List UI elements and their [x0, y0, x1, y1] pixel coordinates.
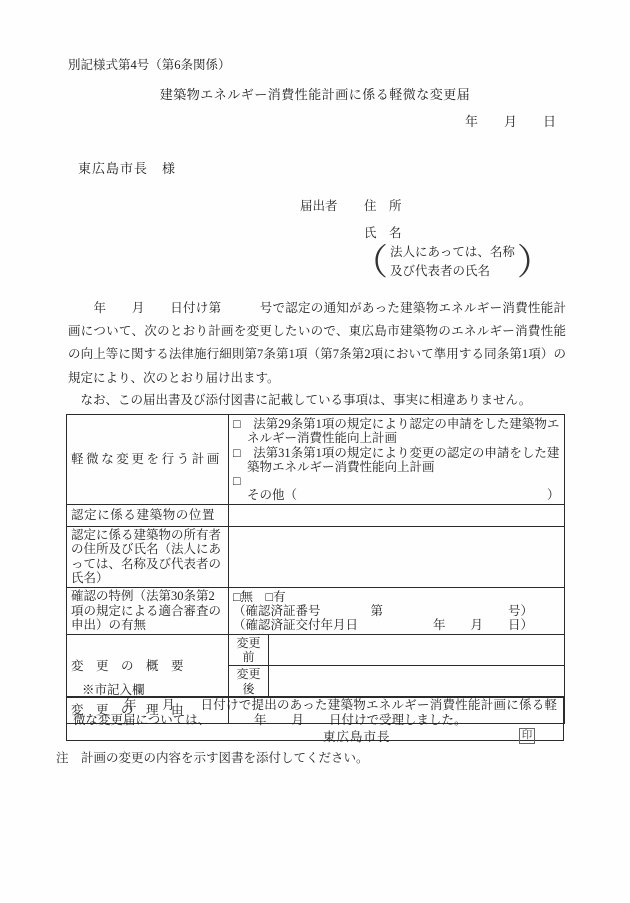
- confirmation-checkboxes[interactable]: □無 □有: [233, 590, 560, 604]
- mayor-name: 東広島市長: [323, 727, 391, 745]
- table-row: 認定に係る建築物の所有者の住所及び氏名（法人にあっては、名称及び代表者の氏名）: [67, 526, 565, 587]
- before-change-label: 変更前: [229, 634, 269, 666]
- option-other-text: その他（ ）: [247, 488, 560, 502]
- applicant-block: 届出者 住 所 氏 名 （ 法人にあっては、名称 及び代表者の氏名 ）: [300, 196, 553, 282]
- minor-change-plan-label: 軽微な変更を行う計画: [67, 415, 229, 505]
- option-law31-text: 法第31条第1項の規定により変更の認定の申請をした建築物エネルギー消費性能向上計…: [247, 446, 559, 474]
- option-law29-text: 法第29条第1項の規定により認定の申請をした建築物エネルギー消費性能向上計画: [247, 417, 559, 445]
- after-change-label: 変更後: [229, 666, 269, 698]
- seal-icon: 印: [519, 728, 535, 744]
- checkbox-law29-icon[interactable]: □: [233, 417, 241, 431]
- addressee: 東広島市長 様: [78, 158, 176, 177]
- attachment-note: 注 計画の変更の内容を示す図書を添付してください。: [56, 748, 369, 766]
- table-row: 認定に係る建築物の位置: [67, 504, 565, 526]
- confirmation-cert-number: （確認済証番号 第 号）: [233, 604, 560, 618]
- building-location-field[interactable]: [229, 504, 565, 526]
- declaration-text: なお、この届出書及び添付図書に記載している事項は、事実に相違ありません。: [68, 390, 531, 408]
- form-page: 別記様式第4号（第6条関係） 建築物エネルギー消費性能計画に係る軽微な変更届 年…: [0, 0, 630, 903]
- table-row: 軽微な変更を行う計画 □ 法第29条第1項の規定により認定の申請をした建築物エネ…: [67, 415, 565, 505]
- confirmation-special-label: 確認の特例（法第30条第2項の規定による適合審査の申出）の有無: [67, 587, 229, 634]
- main-paragraph: 年 月 日付け第 号で認定の通知があった建築物エネルギー消費性能計画について、次…: [68, 297, 566, 390]
- corporate-note-line2: 及び代表者の氏名: [390, 264, 490, 278]
- before-change-field[interactable]: [269, 634, 565, 666]
- form-number: 別記様式第4号（第6条関係）: [68, 55, 231, 73]
- table-row: 確認の特例（法第30条第2項の規定による適合審査の申出）の有無 □無 □有 （確…: [67, 587, 565, 634]
- option-law31: □ 法第31条第1項の規定により変更の認定の申請をした建築物エネルギー消費性能向…: [233, 446, 560, 475]
- corporate-note-line1: 法人にあっては、名称: [390, 245, 515, 259]
- confirmation-cert-date: （確認済証交付年月日 年 月 日）: [233, 618, 560, 632]
- building-owner-label: 認定に係る建築物の所有者の住所及び氏名（法人にあっては、名称及び代表者の氏名）: [67, 526, 229, 587]
- date-line: 年 月 日: [465, 111, 556, 130]
- checkbox-law31-icon[interactable]: □: [233, 446, 241, 460]
- applicant-label: 届出者: [300, 196, 364, 214]
- close-paren-icon: ）: [517, 242, 553, 282]
- option-law29: □ 法第29条第1項の規定により認定の申請をした建築物エネルギー消費性能向上計画: [233, 417, 560, 446]
- option-other: □ その他（ ）: [233, 474, 560, 503]
- building-location-label: 認定に係る建築物の位置: [67, 504, 229, 526]
- building-owner-field[interactable]: [229, 526, 565, 587]
- page-title: 建築物エネルギー消費性能計画に係る軽微な変更届: [0, 84, 630, 103]
- checkbox-other-icon[interactable]: □: [233, 474, 241, 488]
- city-receipt-box: 年 月 日付けで提出のあった建築物エネルギー消費性能計画に係る軽微な変更届につい…: [66, 696, 564, 741]
- open-paren-icon: （: [352, 242, 388, 282]
- after-change-field[interactable]: [269, 666, 565, 698]
- corporate-note: （ 法人にあっては、名称 及び代表者の氏名 ）: [352, 242, 553, 282]
- address-label: 住 所: [364, 196, 402, 214]
- form-table: 軽微な変更を行う計画 □ 法第29条第1項の規定により認定の申請をした建築物エネ…: [66, 414, 565, 724]
- name-label: 氏 名: [364, 223, 553, 241]
- receipt-text: 年 月 日付けで提出のあった建築物エネルギー消費性能計画に係る軽微な変更届につい…: [73, 698, 557, 727]
- table-row: 変 更 の 概 要 変更前: [67, 634, 565, 666]
